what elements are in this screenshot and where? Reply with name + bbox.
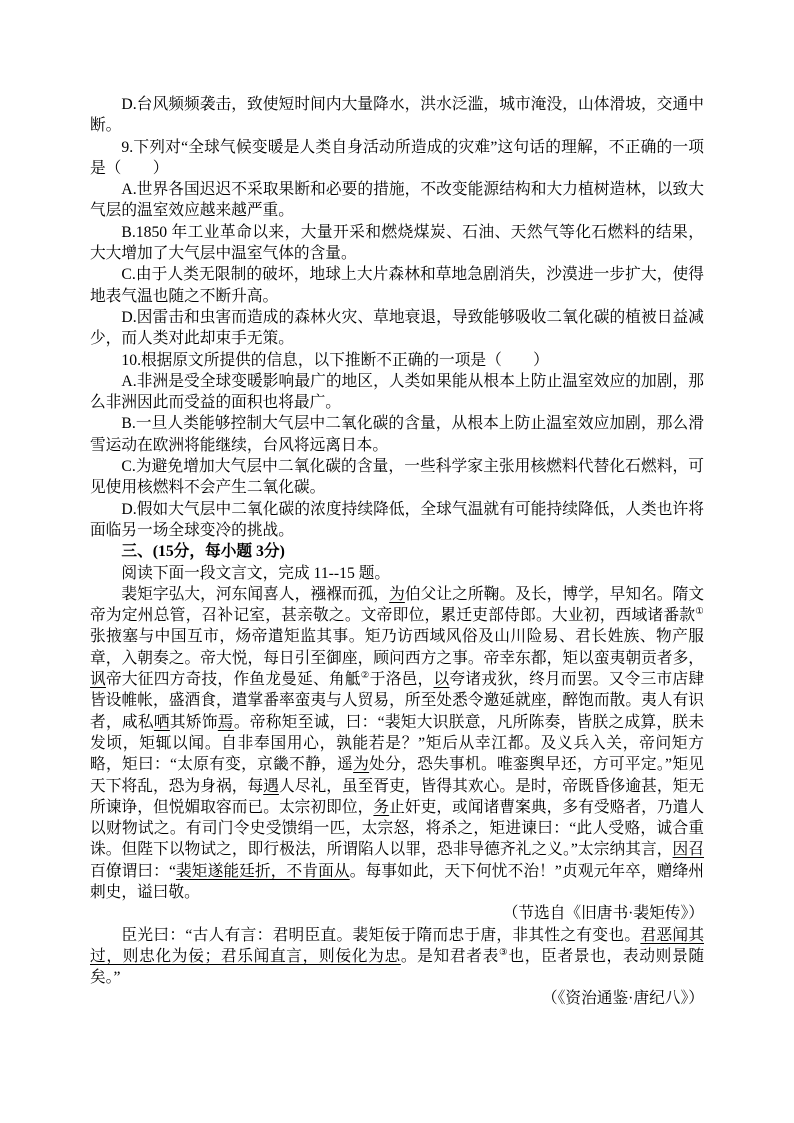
q9-option-a: A.世界各国迟迟不采取果断和必要的措施，不改变能源结构和大力植树造林，以致大气层… [90,179,704,222]
text-run: 9.下列对“全球气候变暖是人类自身活动所造成的灾难”这句话的理解，不正确的一项是… [90,139,704,177]
document-page: D.台风频频袭击，致使短时间内大量降水，洪水泛滥，城市淹没，山体滑坡，交通中断。… [0,0,794,1123]
q9-option-b: B.1850 年工业革命以来，大量开采和燃烧煤炭、石油、天然气等化石燃料的结果，… [90,222,704,265]
question-10: 10.根据原文所提供的信息，以下推断不正确的一项是（ ） [90,350,704,371]
option-8d: D.台风频频袭击，致使短时间内大量降水，洪水泛滥，城市淹没，山体滑坡，交通中断。 [90,94,704,137]
underlined-term: 遇 [263,778,279,795]
text-run: 阅读下面一段文言文，完成 11--15 题。 [121,565,390,582]
text-run: B.1850 年工业革命以来，大量开采和燃烧煤炭、石油、天然气等化石燃料的结果，… [90,224,704,262]
underlined-term: 焉 [218,714,234,731]
reading-instruction: 阅读下面一段文言文，完成 11--15 题。 [90,563,704,584]
source-zizhitongjian: （《资治通鉴·唐纪八》） [90,988,704,1009]
text-run: 三、(15分，每小题 3分) [121,543,284,560]
text-run: A.非洲是受全球变暖影响最广的地区，人类如果能从根本上防止温室效应的加剧，那么非… [90,373,704,411]
q10-option-b: B.一旦人类能够控制大气层中二氧化碳的含量，从根本上防止温室效应加剧，那么滑雪运… [90,413,704,456]
section-3-heading: 三、(15分，每小题 3分) [90,541,704,562]
text-run: D.因雷击和虫害而造成的森林火灾、草地衰退，导致能够吸收二氧化碳的植被日益减少，… [90,309,704,347]
underlined-term: 务 [373,799,389,816]
text-run: （节选自《旧唐书·裴矩传》） [503,905,704,922]
underlined-term: 因召 [673,841,704,858]
text-run: 裴矩字弘大，河东闻喜人，襁褓而孤， [121,586,389,603]
underlined-term: 为 [389,586,405,603]
text-run: 百僚谓曰：“ [90,863,176,880]
text-run: D.假如大气层中二氧化碳的浓度持续降低，全球气温就有可能持续降低，人类也许将面临… [90,501,704,539]
source-jiutangshu: （节选自《旧唐书·裴矩传》） [90,903,704,924]
text-run: B.一旦人类能够控制大气层中二氧化碳的含量，从根本上防止温室效应加剧，那么滑雪运… [90,415,704,453]
classical-passage: 裴矩字弘大，河东闻喜人，襁褓而孤，为伯父让之所鞠。及长，博学，早知名。隋文帝为定… [90,584,704,903]
text-run: 10.根据原文所提供的信息，以下推断不正确的一项是（ ） [121,352,548,369]
sima-guang-comment: 臣光曰：“古人有言：君明臣直。裴矩佞于隋而忠于唐，非其性之有变也。君恶闻其过，则… [90,925,704,989]
q9-option-d: D.因雷击和虫害而造成的森林火灾、草地衰退，导致能够吸收二氧化碳的植被日益减少，… [90,307,704,350]
underlined-term: 裴矩遂能廷折，不肯面从 [176,863,350,880]
text-run: 张掖塞与中国互市，炀帝遣矩监其事。矩乃访西域风俗及山川险易、君长姓族、物产服章，… [90,628,704,666]
footnote-marker: ③ [499,947,508,958]
q10-option-d: D.假如大气层中二氧化碳的浓度持续降低，全球气温就有可能持续降低，人类也许将面临… [90,499,704,542]
text-run: C.由于人类无限制的破坏，地球上大片森林和草地急剧消失，沙漠进一步扩大，使得地表… [90,266,704,304]
text-run: 帝大征四方奇技，作鱼龙曼延、角觝 [106,671,361,688]
text-run: A.世界各国迟迟不采取果断和必要的措施，不改变能源结构和大力植树造林，以致大气层… [90,181,704,219]
underlined-term: 以 [433,671,449,688]
footnote-marker: ① [695,606,704,617]
underlined-term: 讽 [90,671,106,688]
text-run: D.台风频频袭击，致使短时间内大量降水，洪水泛滥，城市淹没，山体滑坡，交通中断。 [90,96,704,134]
question-9: 9.下列对“全球气候变暖是人类自身活动所造成的灾难”这句话的理解，不正确的一项是… [90,137,704,180]
q10-option-c: C.为避免增加大气层中二氧化碳的含量，一些科学家主张用核燃料代替化石燃料，可见使… [90,456,704,499]
underlined-term: 为 [353,756,369,773]
q9-option-c: C.由于人类无限制的破坏，地球上大片森林和草地急剧消失，沙漠进一步扩大，使得地表… [90,264,704,307]
text-run: 于洛邑， [370,671,434,688]
underlined-term: 哂 [154,714,170,731]
text-run: （《资治通鉴·唐纪八》） [542,990,704,1007]
q10-option-a: A.非洲是受全球变暖影响最广的地区，人类如果能从根本上防止温室效应的加剧，那么非… [90,371,704,414]
footnote-marker: ② [361,670,370,681]
text-run: C.为避免增加大气层中二氧化碳的含量，一些科学家主张用核燃料代替化石燃料，可见使… [90,458,704,496]
document-body: D.台风频频袭击，致使短时间内大量降水，洪水泛滥，城市淹没，山体滑坡，交通中断。… [90,94,704,1010]
text-run: 。是知君者表 [401,948,499,965]
text-run: 其矫饰 [170,714,218,731]
text-run: 臣光曰：“古人有言：君明臣直。裴矩佞于隋而忠于唐，非其性之有变也。 [121,927,640,944]
